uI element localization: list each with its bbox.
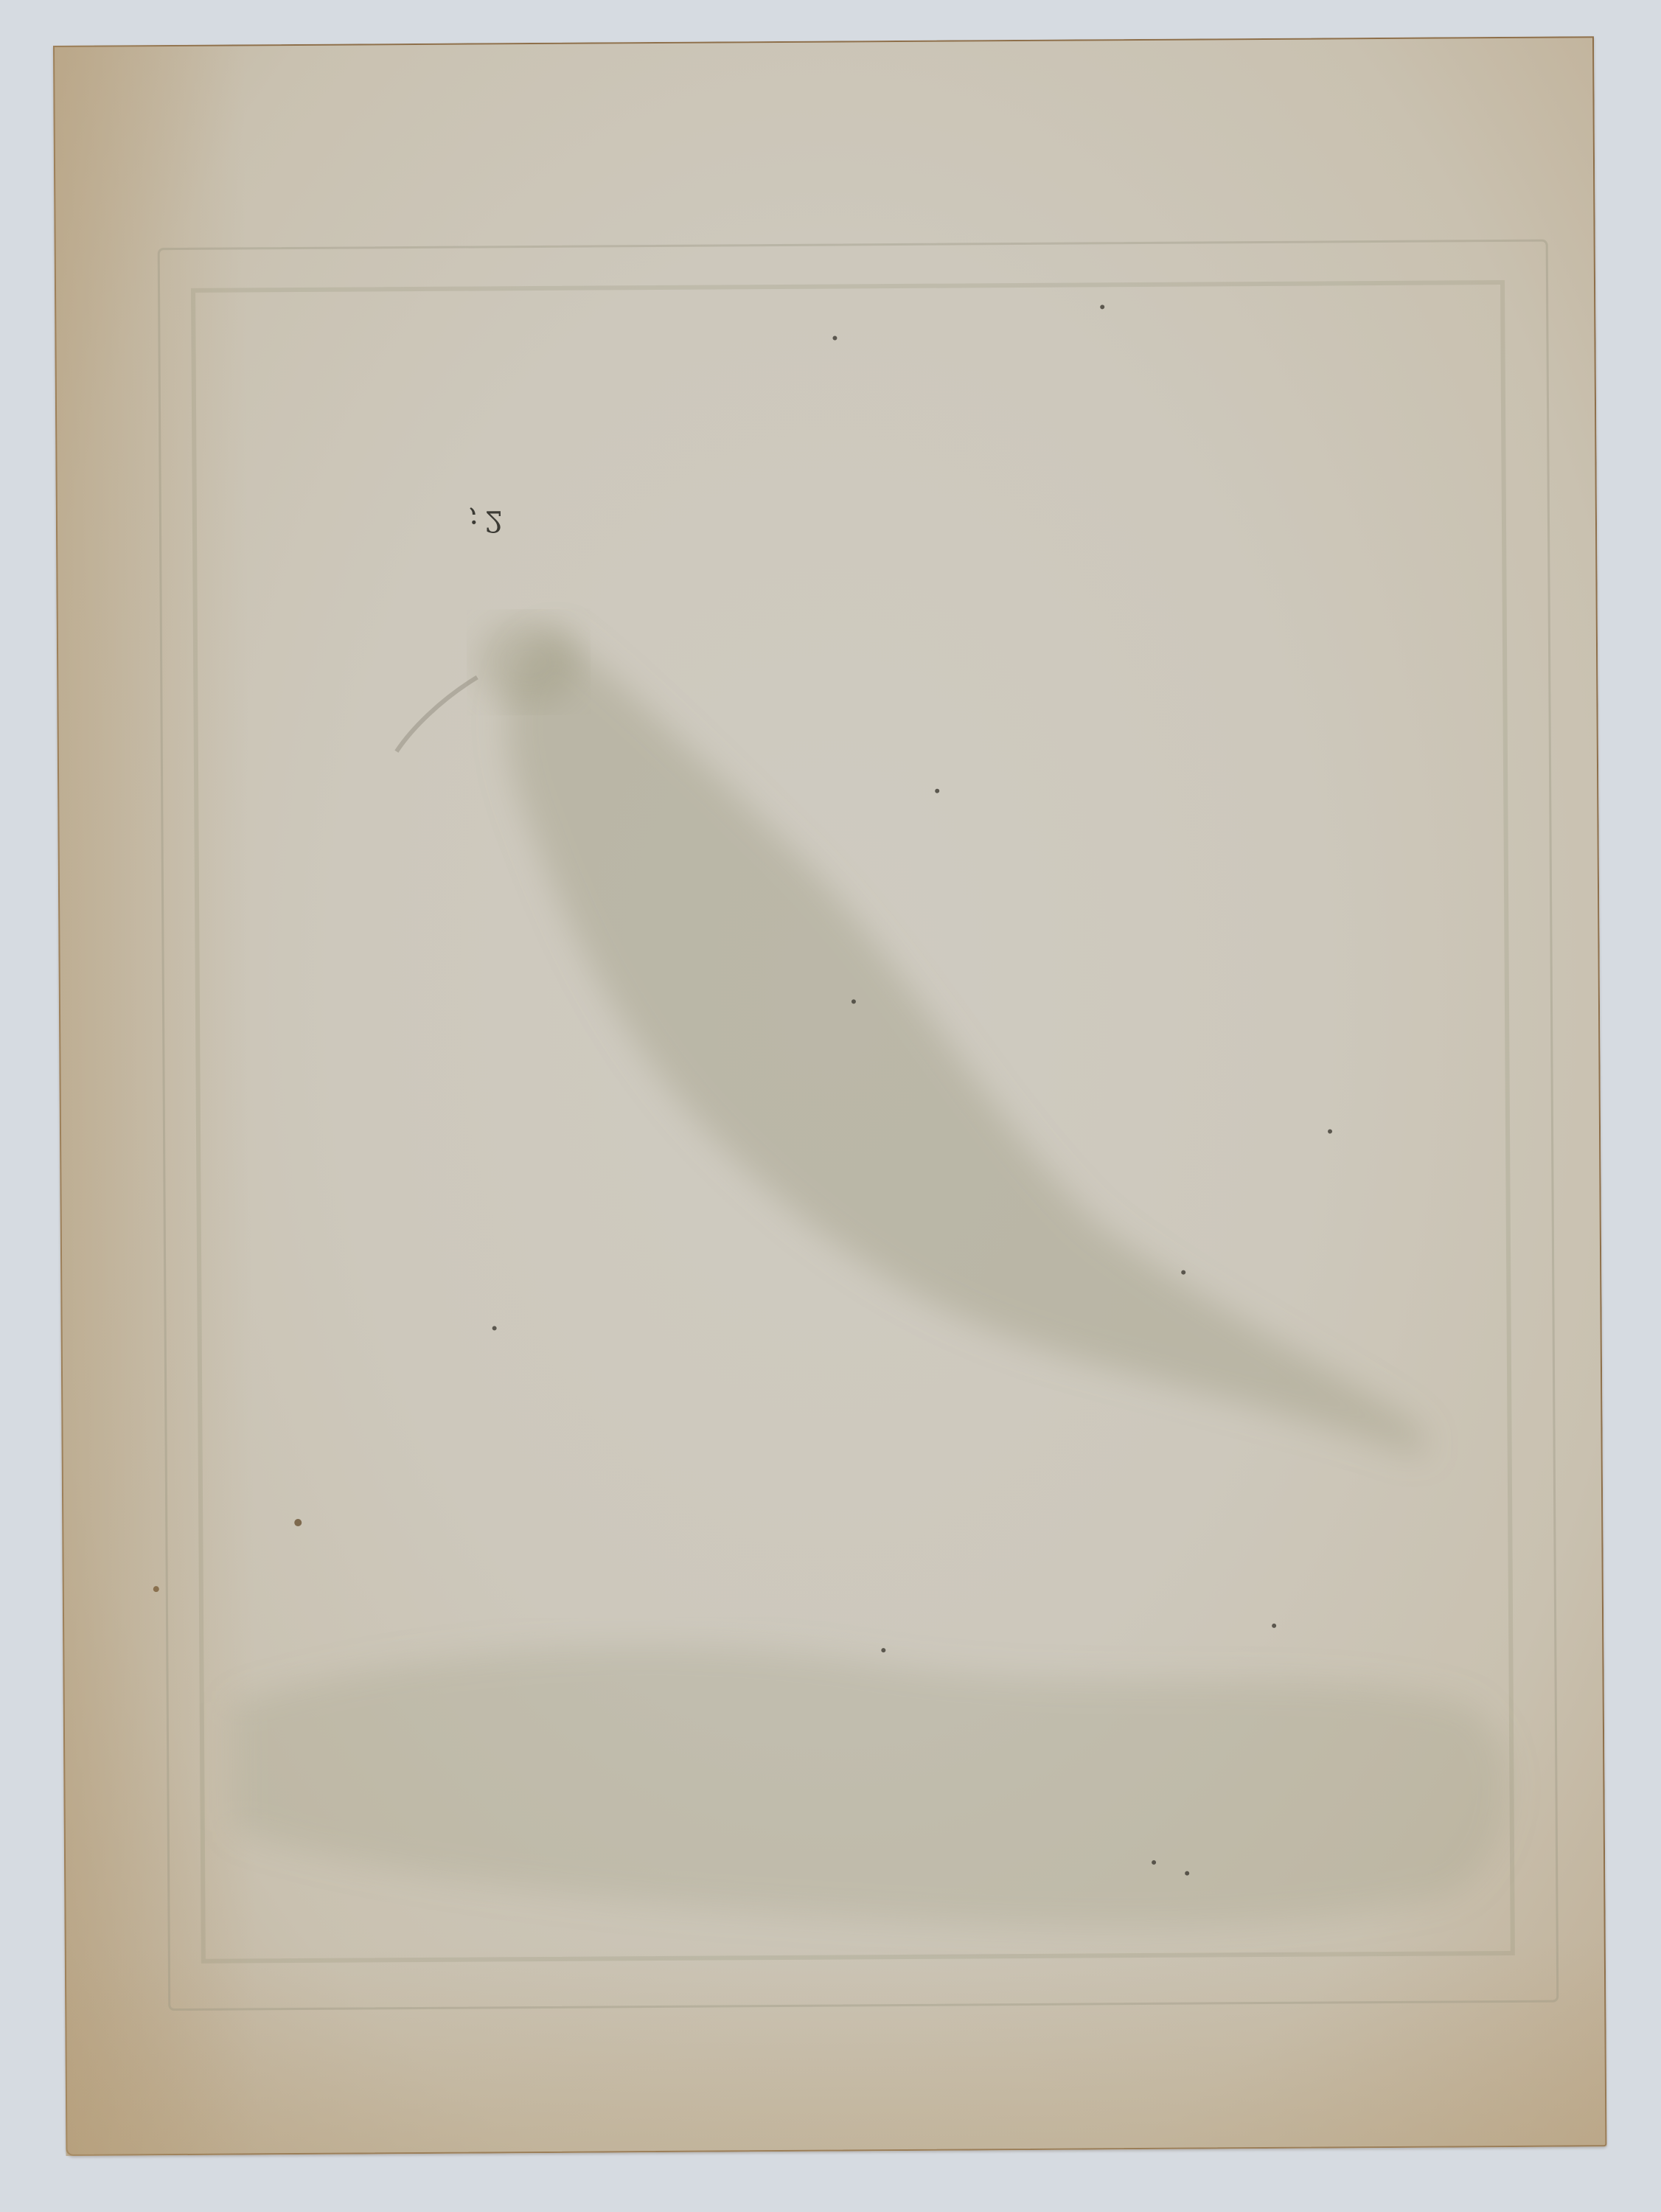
aged-paper-sheet: ;2: [53, 36, 1606, 2156]
bird-silhouette: [506, 627, 1427, 1461]
bird-head: [477, 618, 581, 707]
rock-base: [232, 1641, 1508, 1932]
bird-show-through: [53, 36, 1606, 2156]
mirrored-show-through-characters: ;2: [469, 504, 509, 538]
bird-beak: [396, 678, 478, 752]
